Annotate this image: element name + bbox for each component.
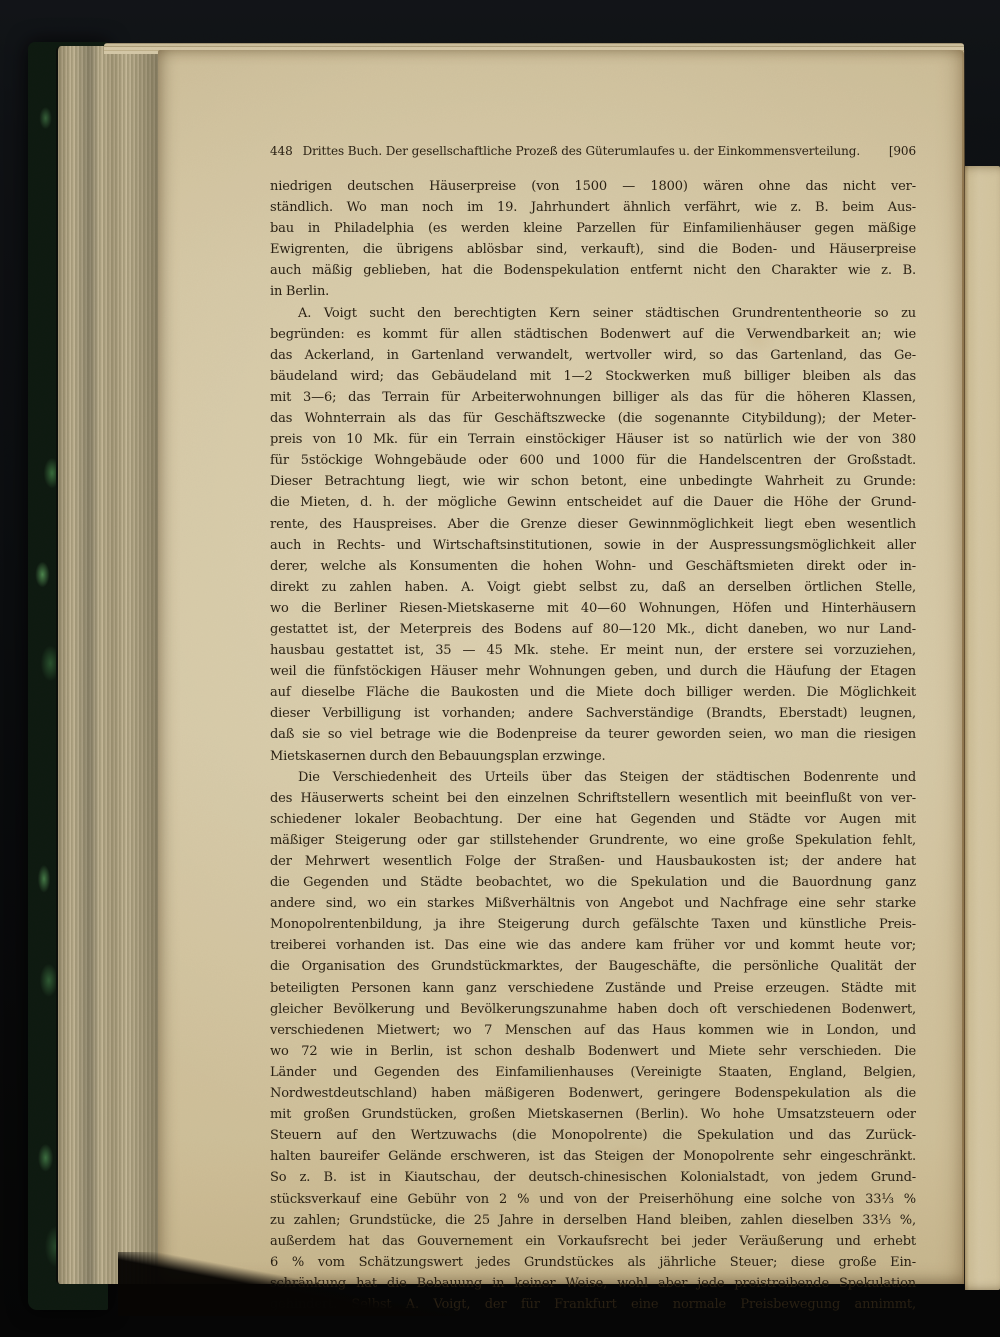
- text-line: weil die fünfstöckigen Häuser mehr Wohnu…: [270, 661, 916, 682]
- text-line: zu zahlen; Grundstücke, die 25 Jahre in …: [270, 1210, 916, 1231]
- text-line: beteiligten Personen kann ganz verschied…: [270, 978, 916, 999]
- text-line: das Wohnterrain als das für Geschäftszwe…: [270, 408, 916, 429]
- text-line: bäudeland wird; das Gebäudeland mit 1—2 …: [270, 366, 916, 387]
- facing-page-edge: [965, 166, 1000, 1290]
- running-header: 448 Drittes Buch. Der gesellschaftliche …: [270, 143, 916, 159]
- text-line: auf dieselbe Fläche die Baukosten und di…: [270, 682, 916, 703]
- text-line: Nordwestdeutschland) haben mäßigeren Bod…: [270, 1083, 916, 1104]
- text-line: stücksverkauf eine Gebühr von 2 % und vo…: [270, 1189, 916, 1210]
- text-line: das Ackerland, in Gartenland verwandelt,…: [270, 345, 916, 366]
- text-line: halten baureifer Gelände erschweren, ist…: [270, 1146, 916, 1167]
- text-line: gestattet ist, der Meterpreis des Bodens…: [270, 619, 916, 640]
- text-line: mäßiger Steigerung oder gar stillstehend…: [270, 830, 916, 851]
- text-line: auch mäßig geblieben, hat die Bodenspeku…: [270, 260, 916, 281]
- text-line: wo 72 wie in Berlin, ist schon deshalb B…: [270, 1041, 916, 1062]
- text-line: begründen: es kommt für allen städtische…: [270, 324, 916, 345]
- text-line: verschiedenen Mietwert; wo 7 Menschen au…: [270, 1020, 916, 1041]
- text-line: daß sie so viel betrage wie die Bodenpre…: [270, 724, 916, 745]
- text-line: hausbau gestattet ist, 35 — 45 Mk. stehe…: [270, 640, 916, 661]
- text-line: außerdem hat das Gouvernement ein Vorkau…: [270, 1231, 916, 1252]
- text-line: der Mehrwert wesentlich Folge der Straße…: [270, 851, 916, 872]
- body-text: niedrigen deutschen Häuserpreise (von 15…: [270, 176, 916, 1315]
- text-line: So z. B. ist in Kiautschau, der deutsch-…: [270, 1167, 916, 1188]
- bottom-shadow: [118, 1252, 458, 1316]
- text-line: treiberei vorhanden ist. Das eine wie da…: [270, 935, 916, 956]
- text-line: Dieser Betrachtung liegt, wie wir schon …: [270, 471, 916, 492]
- text-line: direkt zu zahlen haben. A. Voigt giebt s…: [270, 577, 916, 598]
- text-line: andere sind, wo ein starkes Mißverhältni…: [270, 893, 916, 914]
- text-line: schiedener lokaler Beobachtung. Der eine…: [270, 809, 916, 830]
- text-line: wo die Berliner Riesen-Mietskaserne mit …: [270, 598, 916, 619]
- text-line: mit 3—6; das Terrain für Arbeiterwohnung…: [270, 387, 916, 408]
- text-line: die Organisation des Grundstückmarktes, …: [270, 956, 916, 977]
- text-line: Länder und Gegenden des Einfamilienhause…: [270, 1062, 916, 1083]
- text-line: in Berlin.: [270, 281, 916, 302]
- text-line: mit großen Grundstücken, großen Mietskas…: [270, 1104, 916, 1125]
- text-line: die Gegenden und Städte beobachtet, wo d…: [270, 872, 916, 893]
- text-line: des Häuserwerts scheint bei den einzelne…: [270, 788, 916, 809]
- text-line: Mietskasernen durch den Bebauungsplan er…: [270, 746, 916, 767]
- text-line: Monopolrentenbildung, ja ihre Steigerung…: [270, 914, 916, 935]
- book-scan-photo: 448 Drittes Buch. Der gesellschaftliche …: [0, 0, 1000, 1337]
- text-line: dieser Verbilligung ist vorhanden; ander…: [270, 703, 916, 724]
- text-line: die Mieten, d. h. der mögliche Gewinn en…: [270, 492, 916, 513]
- text-line: Die Verschiedenheit des Urteils über das…: [270, 767, 916, 788]
- text-line: preis von 10 Mk. für ein Terrain einstöc…: [270, 429, 916, 450]
- text-line: derer, welche als Konsumenten die hohen …: [270, 556, 916, 577]
- header-title: Drittes Buch. Der gesellschaftliche Proz…: [303, 143, 879, 159]
- text-line: auch in Rechts- und Wirtschaftsinstituti…: [270, 535, 916, 556]
- text-line: Steuern auf den Wertzuwachs (die Monopol…: [270, 1125, 916, 1146]
- text-line: niedrigen deutschen Häuserpreise (von 15…: [270, 176, 916, 197]
- column-number: [906: [889, 143, 916, 159]
- text-line: für 5stöckige Wohngebäude oder 600 und 1…: [270, 450, 916, 471]
- book-page: 448 Drittes Buch. Der gesellschaftliche …: [158, 50, 964, 1284]
- text-line: gleicher Bevölkerung und Bevölkerungszun…: [270, 999, 916, 1020]
- text-line: ständlich. Wo man noch im 19. Jahrhunder…: [270, 197, 916, 218]
- text-line: bau in Philadelphia (es werden kleine Pa…: [270, 218, 916, 239]
- page-edge-stack: [56, 46, 164, 1284]
- page-number: 448: [270, 143, 293, 159]
- text-line: Ewigrenten, die übrigens ablösbar sind, …: [270, 239, 916, 260]
- text-line: rente, des Hauspreises. Aber die Grenze …: [270, 514, 916, 535]
- text-line: A. Voigt sucht den berechtigten Kern sei…: [270, 303, 916, 324]
- gutter-crease: [962, 50, 965, 1284]
